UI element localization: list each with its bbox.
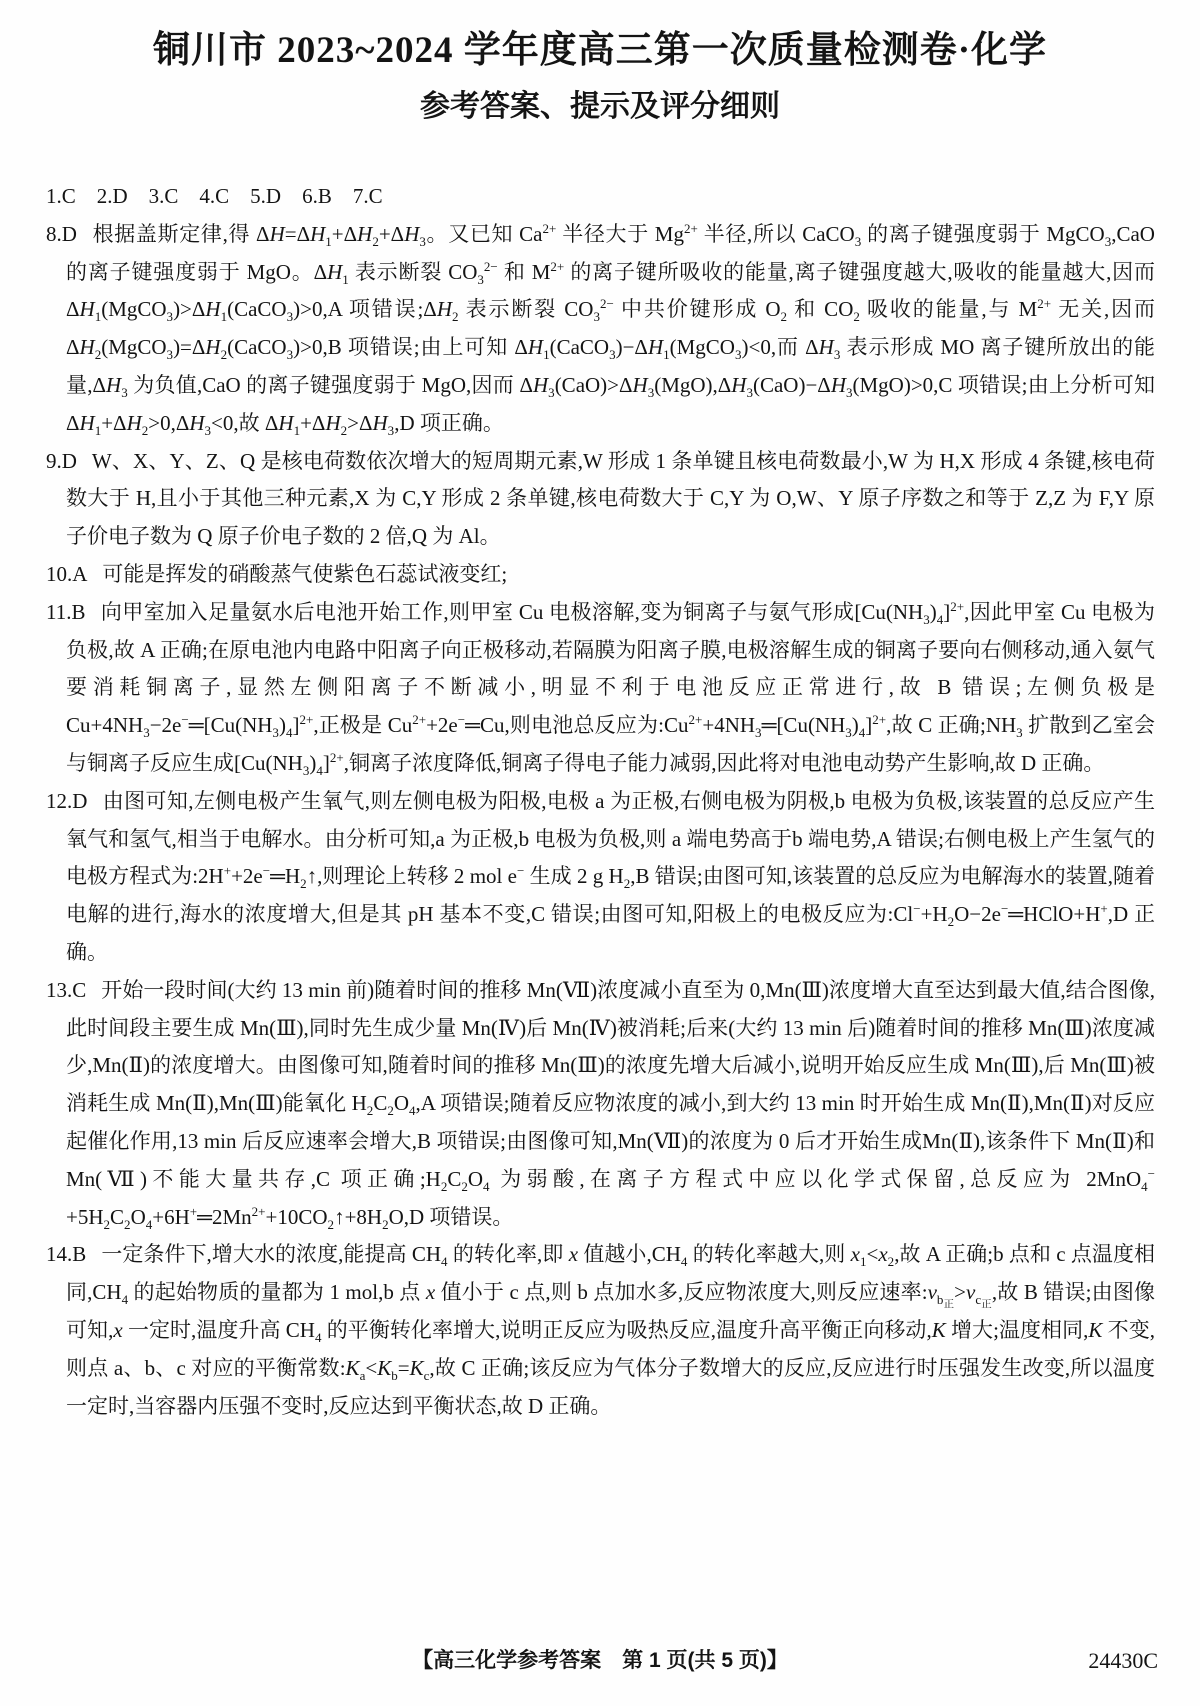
answer-explanation-q14: 一定条件下,增大水的浓度,能提高 CH4 的转化率,即 x 值越小,CH4 的转… — [66, 1242, 1155, 1417]
answer-number-q11: 11.B — [46, 600, 85, 624]
answer-item-q14: 14.B一定条件下,增大水的浓度,能提高 CH4 的转化率,即 x 值越小,CH… — [46, 1236, 1155, 1425]
answer-number-q10: 10.A — [46, 562, 87, 586]
answer-item-q12: 12.D由图可知,左侧电极产生氧气,则左侧电极为阳极,电极 a 为正极,右侧电极… — [46, 783, 1155, 972]
footer-paper-code: 24430C — [1088, 1646, 1158, 1676]
answers-body: 1.C 2.D 3.C 4.C 5.D 6.B 7.C 8.D根据盖斯定律,得 … — [46, 178, 1155, 1425]
answer-number-q8: 8.D — [46, 222, 77, 246]
answer-explanation-q9: W、X、Y、Z、Q 是核电荷数依次增大的短周期元素,W 形成 1 条单键且核电荷… — [66, 449, 1155, 549]
answer-item-q13: 13.C开始一段时间(大约 13 min 前)随着时间的推移 Mn(Ⅶ)浓度减小… — [46, 972, 1155, 1237]
answer-explanation-q13: 开始一段时间(大约 13 min 前)随着时间的推移 Mn(Ⅶ)浓度减小直至为 … — [66, 978, 1155, 1229]
answer-item-q10: 10.A可能是挥发的硝酸蒸气使紫色石蕊试液变红; — [46, 556, 1155, 594]
multiple-choice-answers: 1.C 2.D 3.C 4.C 5.D 6.B 7.C — [46, 178, 1155, 216]
exam-title: 铜川市 2023~2024 学年度高三第一次质量检测卷·化学 — [40, 26, 1160, 76]
answer-item-q8: 8.D根据盖斯定律,得 ΔH=ΔH1+ΔH2+ΔH3。又已知 Ca2+ 半径大于… — [46, 216, 1155, 443]
exam-answer-page: 铜川市 2023~2024 学年度高三第一次质量检测卷·化学 参考答案、提示及评… — [0, 0, 1200, 1706]
answer-explanation-q11: 向甲室加入足量氨水后电池开始工作,则甲室 Cu 电极溶解,变为铜离子与氨气形成[… — [66, 600, 1155, 775]
answer-number-q13: 13.C — [46, 978, 86, 1002]
answer-number-q9: 9.D — [46, 449, 77, 473]
answer-explanation-q10: 可能是挥发的硝酸蒸气使紫色石蕊试液变红; — [102, 562, 507, 586]
exam-subtitle: 参考答案、提示及评分细则 — [40, 86, 1160, 128]
page-footer: 【高三化学参考答案 第 1 页(共 5 页)】 24430C — [0, 1646, 1200, 1676]
answer-explanation-q12: 由图可知,左侧电极产生氧气,则左侧电极为阳极,电极 a 为正极,右侧电极为阴极,… — [66, 789, 1155, 964]
answer-item-q9: 9.DW、X、Y、Z、Q 是核电荷数依次增大的短周期元素,W 形成 1 条单键且… — [46, 443, 1155, 556]
answer-number-q12: 12.D — [46, 789, 87, 813]
footer-page-label: 【高三化学参考答案 第 1 页(共 5 页)】 — [0, 1646, 1200, 1676]
answer-explanation-q8: 根据盖斯定律,得 ΔH=ΔH1+ΔH2+ΔH3。又已知 Ca2+ 半径大于 Mg… — [66, 222, 1155, 435]
answer-item-q11: 11.B向甲室加入足量氨水后电池开始工作,则甲室 Cu 电极溶解,变为铜离子与氨… — [46, 594, 1155, 783]
answer-number-q14: 14.B — [46, 1242, 86, 1266]
